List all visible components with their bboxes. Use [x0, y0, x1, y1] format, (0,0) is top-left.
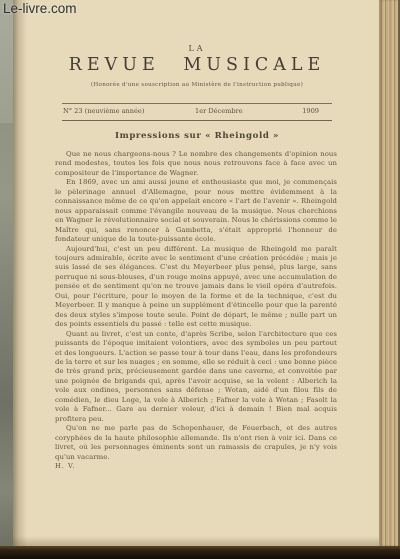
article-paragraph: Quant au livret, c'est un conte, d'après… — [55, 330, 337, 425]
journal-page: LA REVUE MUSICALE (Honorée d'une souscri… — [13, 0, 381, 546]
article-paragraph: Qu'on ne me parle pas de Schopenhauer, d… — [55, 424, 337, 462]
article-paragraph: En 1869, avec un ami aussi jeune et enth… — [55, 178, 337, 244]
table-surface-left — [0, 0, 13, 559]
article-paragraph: Que ne nous chargeons-nous ? Le nombre d… — [55, 150, 337, 178]
article-title: Impressions sur « Rheingold » — [55, 131, 339, 141]
issue-date: 1er Décembre — [195, 107, 243, 115]
masthead-prefix: LA — [55, 44, 339, 53]
page-gutter-shadow — [13, 0, 27, 546]
shelf-edge — [0, 546, 400, 559]
book-fore-edge — [379, 0, 400, 546]
article-body: Que ne nous chargeons-nous ? Le nombre d… — [55, 150, 337, 471]
rule-above-issue-line — [62, 103, 332, 104]
article-signature: H. V. — [55, 462, 337, 471]
product-photo: LA REVUE MUSICALE (Honorée d'une souscri… — [0, 0, 400, 559]
rule-below-issue-line — [62, 120, 332, 121]
issue-year: 1909 — [302, 107, 319, 115]
masthead-subtitle: (Honorée d'une souscription au Ministère… — [55, 82, 339, 88]
watermark-text: Le-livre.com — [3, 1, 77, 16]
printed-content: LA REVUE MUSICALE (Honorée d'une souscri… — [55, 0, 339, 546]
article-paragraph: Aujourd'hui, c'est un peu différent. La … — [55, 245, 337, 330]
issue-line: N° 23 (neuvième année) 1er Décembre 1909 — [55, 107, 339, 117]
issue-number: N° 23 (neuvième année) — [63, 107, 144, 115]
masthead-title: REVUE MUSICALE — [55, 55, 339, 75]
